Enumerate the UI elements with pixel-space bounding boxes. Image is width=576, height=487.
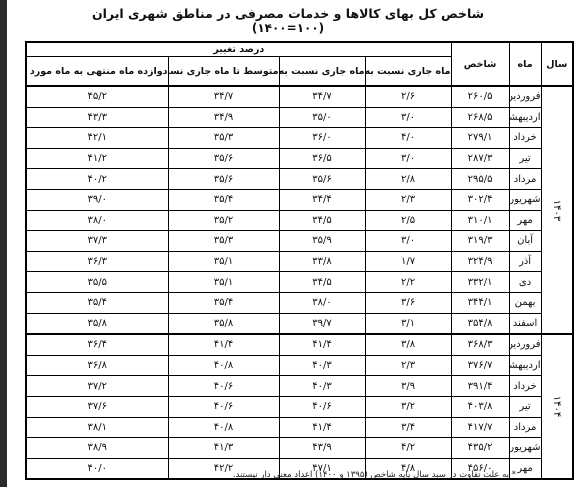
mom-cell: ۲/۳ [365,189,451,210]
month-cell: آبان [509,231,541,252]
page-title: شاخص کل بهای کالاها و خدمات مصرفی در منا… [0,6,576,21]
index-cell: ۲۷۹/۱ [451,128,509,149]
mom-cell: ۳/۸ [365,334,451,355]
month-cell: مرداد [509,169,541,190]
table-row: تیر۴۰۳/۸۳/۲۴۰/۶۴۰/۶۳۷/۶ [26,396,573,417]
month-cell: فروردین [509,86,541,107]
twelve-month-cell: ۳۸/۹ [26,438,168,459]
mom-cell: ۳/۴ [365,417,451,438]
avg-ytd-cell: ۴۰/۸ [168,417,279,438]
mom-cell: ۲/۳ [365,355,451,376]
table-body: ۱۴۰۳فروردین۲۶۰/۵۲/۶۳۴/۷۳۴/۷۴۵/۲اردیبهشت۲… [26,86,573,479]
twelve-month-cell: ۴۰/۰ [26,458,168,479]
page-subtitle: (۱۰۰=۱۴۰۰) [0,21,576,36]
index-cell: ۲۸۷/۳ [451,148,509,169]
yoy-cell: ۳۸/۰ [279,292,365,313]
yoy-cell: ۴۰/۳ [279,376,365,397]
mom-cell: ۴/۰ [365,128,451,149]
yoy-cell: ۳۴/۵ [279,272,365,293]
mom-cell: ۳/۰ [365,148,451,169]
year-cell: ۱۴۰۳ [541,86,573,334]
month-cell: تیر [509,148,541,169]
header-twelve-month: دوازده ماه منتهی به ماه مورد نظر نسبت به… [26,57,168,87]
avg-ytd-cell: ۳۵/۳ [168,231,279,252]
yoy-cell: ۳۶/۰ [279,128,365,149]
month-cell: شهریور [509,189,541,210]
month-cell: دی [509,272,541,293]
twelve-month-cell: ۳۶/۸ [26,355,168,376]
footnote: * به علت تفاوت در سبد سال پایه شاخص (۱۳۹… [233,470,516,480]
table-row: مرداد۲۹۵/۵۲/۸۳۵/۶۳۵/۶۴۰/۲ [26,169,573,190]
yoy-cell: ۳۵/۹ [279,231,365,252]
month-cell: تیر [509,396,541,417]
twelve-month-cell: ۳۷/۲ [26,376,168,397]
avg-ytd-cell: ۳۵/۴ [168,292,279,313]
header-mom: ماه جاری نسبت به ماه قبل [365,57,451,87]
mom-cell: ۳/۹ [365,376,451,397]
table-row: خرداد۲۷۹/۱۴/۰۳۶/۰۳۵/۳۴۲/۱ [26,128,573,149]
year-label: ۱۴۰۳ [547,199,566,220]
index-cell: ۲۶۰/۵ [451,86,509,107]
twelve-month-cell: ۳۷/۳ [26,231,168,252]
avg-ytd-cell: ۴۱/۳ [168,438,279,459]
yoy-cell: ۴۳/۹ [279,438,365,459]
mom-cell: ۲/۶ [365,86,451,107]
twelve-month-cell: ۴۳/۳ [26,107,168,128]
year-label: ۱۴۰۴ [547,396,566,417]
mom-cell: ۳/۲ [365,396,451,417]
avg-ytd-cell: ۴۰/۶ [168,396,279,417]
table-row: دی۳۳۲/۱۲/۲۳۴/۵۳۵/۱۳۵/۵ [26,272,573,293]
table-row: آبان۳۱۹/۳۳/۰۳۵/۹۳۵/۳۳۷/۳ [26,231,573,252]
twelve-month-cell: ۴۰/۲ [26,169,168,190]
index-cell: ۴۱۷/۷ [451,417,509,438]
twelve-month-cell: ۳۵/۵ [26,272,168,293]
index-cell: ۳۱۹/۳ [451,231,509,252]
yoy-cell: ۳۴/۵ [279,210,365,231]
avg-ytd-cell: ۳۵/۱ [168,272,279,293]
twelve-month-cell: ۴۲/۱ [26,128,168,149]
index-cell: ۳۰۲/۴ [451,189,509,210]
index-cell: ۳۷۶/۷ [451,355,509,376]
avg-ytd-cell: ۴۱/۴ [168,334,279,355]
table-row: اردیبهشت۲۶۸/۵۳/۰۳۵/۰۳۴/۹۴۳/۳ [26,107,573,128]
twelve-month-cell: ۳۹/۰ [26,189,168,210]
mom-cell: ۳/۱ [365,313,451,334]
month-cell: خرداد [509,128,541,149]
table-row: خرداد۳۹۱/۴۳/۹۴۰/۳۴۰/۶۳۷/۲ [26,376,573,397]
index-cell: ۲۹۵/۵ [451,169,509,190]
avg-ytd-cell: ۳۵/۸ [168,313,279,334]
twelve-month-cell: ۳۸/۰ [26,210,168,231]
avg-ytd-cell: ۳۴/۹ [168,107,279,128]
mom-cell: ۲/۸ [365,169,451,190]
header-index: شاخص [451,42,509,86]
index-cell: ۳۴۴/۱ [451,292,509,313]
month-cell: خرداد [509,376,541,397]
avg-ytd-cell: ۴۰/۶ [168,376,279,397]
index-cell: ۳۹۱/۴ [451,376,509,397]
month-cell: بهمن [509,292,541,313]
table-row: آذر۳۲۴/۹۱/۷۳۳/۸۳۵/۱۳۶/۳ [26,251,573,272]
month-cell: اردیبهشت [509,107,541,128]
yoy-cell: ۳۹/۷ [279,313,365,334]
twelve-month-cell: ۳۵/۸ [26,313,168,334]
twelve-month-cell: ۳۶/۴ [26,334,168,355]
month-cell: آذر [509,251,541,272]
mom-cell: ۲/۲ [365,272,451,293]
index-cell: ۴۰۳/۸ [451,396,509,417]
index-cell: ۴۳۵/۲ [451,438,509,459]
mom-cell: ۱/۷ [365,251,451,272]
index-cell: ۳۵۴/۸ [451,313,509,334]
header-month: ماه [509,42,541,86]
table-row: تیر۲۸۷/۳۳/۰۳۶/۵۳۵/۶۴۱/۲ [26,148,573,169]
table-row: اردیبهشت۳۷۶/۷۲/۳۴۰/۳۴۰/۸۳۶/۸ [26,355,573,376]
mom-cell: ۲/۵ [365,210,451,231]
index-cell: ۳۱۰/۱ [451,210,509,231]
twelve-month-cell: ۳۷/۶ [26,396,168,417]
avg-ytd-cell: ۳۵/۴ [168,189,279,210]
cpi-table: سال ماه شاخص درصد تغییر ماه جاری نسبت به… [25,41,574,480]
table-row: مرداد۴۱۷/۷۳/۴۴۱/۴۴۰/۸۳۸/۱ [26,417,573,438]
table-row: ۱۴۰۳فروردین۲۶۰/۵۲/۶۳۴/۷۳۴/۷۴۵/۲ [26,86,573,107]
mom-cell: ۴/۲ [365,438,451,459]
year-cell: ۱۴۰۴ [541,334,573,479]
left-edge-strip [0,0,7,487]
twelve-month-cell: ۳۶/۳ [26,251,168,272]
header-avg-ytd: متوسط تا ماه جاری نسبت به دوره مشابه سال… [168,57,279,87]
yoy-cell: ۳۶/۵ [279,148,365,169]
mom-cell: ۳/۶ [365,292,451,313]
table-row: شهریور۳۰۲/۴۲/۳۳۴/۴۳۵/۴۳۹/۰ [26,189,573,210]
header-year: سال [541,42,573,86]
table-row: اسفند۳۵۴/۸۳/۱۳۹/۷۳۵/۸۳۵/۸ [26,313,573,334]
table-row: بهمن۳۴۴/۱۳/۶۳۸/۰۳۵/۴۳۵/۴ [26,292,573,313]
mom-cell: ۳/۰ [365,231,451,252]
month-cell: مهر [509,210,541,231]
month-cell: اردیبهشت [509,355,541,376]
yoy-cell: ۳۳/۸ [279,251,365,272]
yoy-cell: ۴۱/۴ [279,417,365,438]
yoy-cell: ۳۵/۶ [279,169,365,190]
yoy-cell: ۳۴/۷ [279,86,365,107]
avg-ytd-cell: ۳۴/۷ [168,86,279,107]
table-row: ۱۴۰۴فروردین۳۶۸/۳۳/۸۴۱/۴۴۱/۴۳۶/۴ [26,334,573,355]
twelve-month-cell: ۴۱/۲ [26,148,168,169]
avg-ytd-cell: ۳۵/۲ [168,210,279,231]
table-row: مهر۳۱۰/۱۲/۵۳۴/۵۳۵/۲۳۸/۰ [26,210,573,231]
avg-ytd-cell: ۳۵/۳ [168,128,279,149]
table-row: شهریور۴۳۵/۲۴/۲۴۳/۹۴۱/۳۳۸/۹ [26,438,573,459]
twelve-month-cell: ۴۵/۲ [26,86,168,107]
month-cell: شهریور [509,438,541,459]
month-cell: فروردین [509,334,541,355]
yoy-cell: ۴۰/۶ [279,396,365,417]
month-cell: مرداد [509,417,541,438]
yoy-cell: ۴۱/۴ [279,334,365,355]
avg-ytd-cell: ۴۰/۸ [168,355,279,376]
index-cell: ۳۶۸/۳ [451,334,509,355]
header-yoy: ماه جاری نسبت به ماه مشابه سال قبل [279,57,365,87]
avg-ytd-cell: ۳۵/۱ [168,251,279,272]
header-percent-change: درصد تغییر [26,42,451,57]
yoy-cell: ۴۰/۳ [279,355,365,376]
mom-cell: ۳/۰ [365,107,451,128]
yoy-cell: ۳۴/۴ [279,189,365,210]
avg-ytd-cell: ۳۵/۶ [168,169,279,190]
twelve-month-cell: ۳۵/۴ [26,292,168,313]
twelve-month-cell: ۳۸/۱ [26,417,168,438]
index-cell: ۳۳۲/۱ [451,272,509,293]
yoy-cell: ۳۵/۰ [279,107,365,128]
avg-ytd-cell: ۳۵/۶ [168,148,279,169]
index-cell: ۲۶۸/۵ [451,107,509,128]
month-cell: اسفند [509,313,541,334]
index-cell: ۳۲۴/۹ [451,251,509,272]
